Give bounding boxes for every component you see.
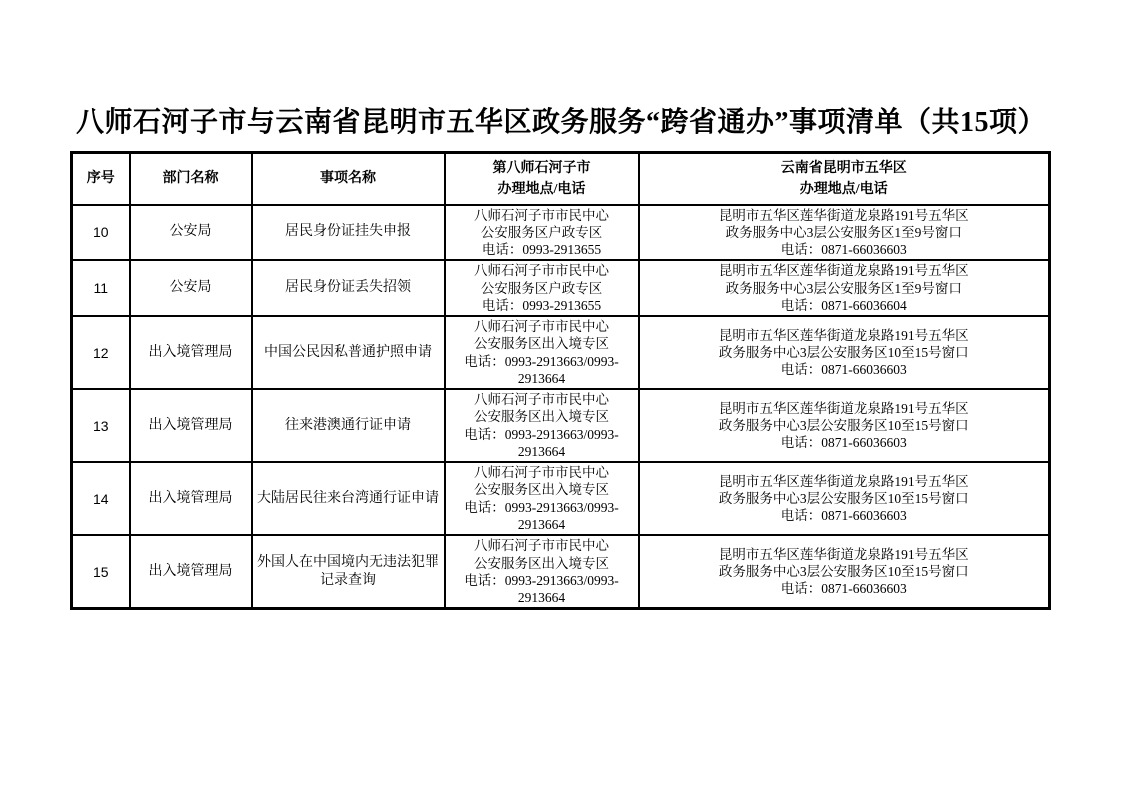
cell-shihezi-contact: 八师石河子市市民中心 公安服务区出入境专区 电话：0993-2913663/09… [445, 316, 639, 389]
table-row: 10 公安局 居民身份证挂失申报 八师石河子市市民中心 公安服务区户政专区 电话… [72, 205, 1050, 261]
cell-item: 中国公民因私普通护照申请 [252, 316, 445, 389]
cell-seq: 10 [72, 205, 130, 261]
cell-item: 往来港澳通行证申请 [252, 389, 445, 462]
cell-item: 外国人在中国境内无违法犯罪 记录查询 [252, 535, 445, 609]
cell-wuhua-contact: 昆明市五华区莲华街道龙泉路191号五华区 政务服务中心3层公安服务区10至15号… [639, 462, 1050, 535]
header-cell-item: 事项名称 [252, 153, 445, 205]
table-row: 14 出入境管理局 大陆居民往来台湾通行证申请 八师石河子市市民中心 公安服务区… [72, 462, 1050, 535]
cell-department: 出入境管理局 [130, 462, 252, 535]
cell-item: 居民身份证挂失申报 [252, 205, 445, 261]
cell-shihezi-contact: 八师石河子市市民中心 公安服务区出入境专区 电话：0993-2913663/09… [445, 535, 639, 609]
table-row: 13 出入境管理局 往来港澳通行证申请 八师石河子市市民中心 公安服务区出入境专… [72, 389, 1050, 462]
table-header-row: 序号 部门名称 事项名称 第八师石河子市 办理地点/电话 云南省昆明市五华区 办… [72, 153, 1050, 205]
header-cell-wuhua: 云南省昆明市五华区 办理地点/电话 [639, 153, 1050, 205]
cell-department: 公安局 [130, 260, 252, 316]
cell-seq: 13 [72, 389, 130, 462]
cell-department: 出入境管理局 [130, 535, 252, 609]
document-page: 八师石河子市与云南省昆明市五华区政务服务“跨省通办”事项清单（共15项） 序号 … [0, 0, 1122, 793]
cell-wuhua-contact: 昆明市五华区莲华街道龙泉路191号五华区 政务服务中心3层公安服务区10至15号… [639, 316, 1050, 389]
cell-department: 出入境管理局 [130, 316, 252, 389]
cell-department: 出入境管理局 [130, 389, 252, 462]
cell-wuhua-contact: 昆明市五华区莲华街道龙泉路191号五华区 政务服务中心3层公安服务区10至15号… [639, 535, 1050, 609]
header-cell-department: 部门名称 [130, 153, 252, 205]
cell-item: 居民身份证丢失招领 [252, 260, 445, 316]
cell-shihezi-contact: 八师石河子市市民中心 公安服务区出入境专区 电话：0993-2913663/09… [445, 462, 639, 535]
header-cell-shihezi: 第八师石河子市 办理地点/电话 [445, 153, 639, 205]
cell-seq: 14 [72, 462, 130, 535]
cell-wuhua-contact: 昆明市五华区莲华街道龙泉路191号五华区 政务服务中心3层公安服务区10至15号… [639, 389, 1050, 462]
cell-wuhua-contact: 昆明市五华区莲华街道龙泉路191号五华区 政务服务中心3层公安服务区1至9号窗口… [639, 205, 1050, 261]
cell-seq: 15 [72, 535, 130, 609]
table-row: 12 出入境管理局 中国公民因私普通护照申请 八师石河子市市民中心 公安服务区出… [72, 316, 1050, 389]
cell-wuhua-contact: 昆明市五华区莲华街道龙泉路191号五华区 政务服务中心3层公安服务区1至9号窗口… [639, 260, 1050, 316]
table-row: 15 出入境管理局 外国人在中国境内无违法犯罪 记录查询 八师石河子市市民中心 … [72, 535, 1050, 609]
services-table: 序号 部门名称 事项名称 第八师石河子市 办理地点/电话 云南省昆明市五华区 办… [70, 151, 1051, 610]
page-title: 八师石河子市与云南省昆明市五华区政务服务“跨省通办”事项清单（共15项） [0, 100, 1122, 140]
cell-department: 公安局 [130, 205, 252, 261]
header-cell-seq: 序号 [72, 153, 130, 205]
cell-item: 大陆居民往来台湾通行证申请 [252, 462, 445, 535]
cell-shihezi-contact: 八师石河子市市民中心 公安服务区出入境专区 电话：0993-2913663/09… [445, 389, 639, 462]
cell-shihezi-contact: 八师石河子市市民中心 公安服务区户政专区 电话：0993-2913655 [445, 260, 639, 316]
table-row: 11 公安局 居民身份证丢失招领 八师石河子市市民中心 公安服务区户政专区 电话… [72, 260, 1050, 316]
cell-shihezi-contact: 八师石河子市市民中心 公安服务区户政专区 电话：0993-2913655 [445, 205, 639, 261]
cell-seq: 11 [72, 260, 130, 316]
cell-seq: 12 [72, 316, 130, 389]
